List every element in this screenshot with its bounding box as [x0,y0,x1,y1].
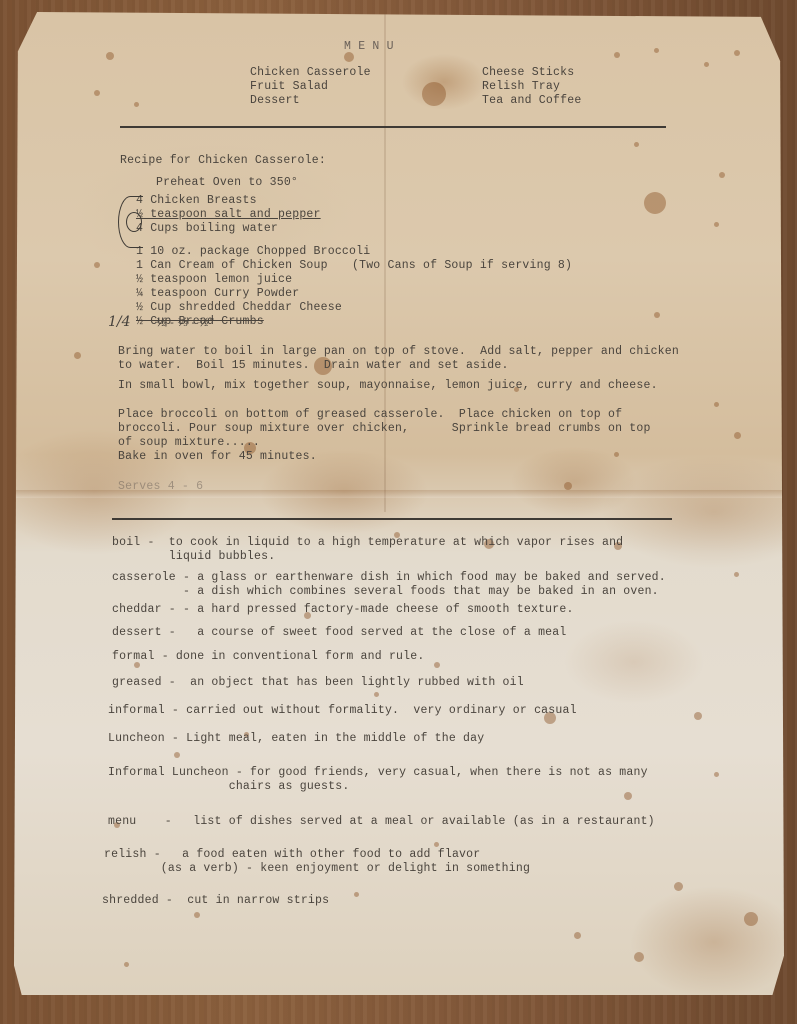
recipe-serves: Serves 4 - 6 [118,480,203,494]
stain-spot [714,772,719,777]
ingredient-item: ¼ teaspoon Curry Powder [136,287,299,301]
menu-right-item: Tea and Coffee [482,94,581,108]
stain-spot [734,432,741,439]
menu-left-item: Chicken Casserole [250,66,371,80]
stain-spot [734,50,740,56]
stain-spot [734,572,739,577]
stain-spot [714,402,719,407]
glossary-entry: casserole - a glass or earthenware dish … [112,571,666,599]
glossary-entry: informal - carried out without formality… [108,704,577,718]
stain-spot [694,712,702,720]
menu-right-item: Relish Tray [482,80,560,94]
stain-spot [719,172,725,178]
stain-spot [564,482,572,490]
glossary-entry: formal - done in conventional form and r… [112,650,424,664]
stain-spot [434,662,440,668]
stain-spot [94,262,100,268]
glossary-divider [112,518,672,520]
ingredient-item: 1 10 oz. package Chopped Broccoli [136,245,370,259]
handwritten-bracket [118,196,143,248]
ingredient-item: 4 Chicken Breasts [136,194,257,208]
recipe-step: Place broccoli on bottom of greased cass… [118,408,651,464]
menu-right-item: Cheese Sticks [482,66,574,80]
menu-divider [120,126,666,128]
stain-spot [714,222,719,227]
ingredient-item: ½ Cup shredded Cheddar Cheese [136,301,342,315]
glossary-entry: Informal Luncheon - for good friends, ve… [108,766,648,794]
glossary-entry: dessert - a course of sweet food served … [112,626,566,640]
stain-spot [74,352,81,359]
stain-spot [654,312,660,318]
stain-spot [654,48,659,53]
stain-spot [644,192,666,214]
ingredient-item: ½ teaspoon lemon juice [136,273,292,287]
stain-spot [194,912,200,918]
glossary-entry: Luncheon - Light meal, eaten in the midd… [108,732,484,746]
glossary-entry: greased - an object that has been lightl… [112,676,524,690]
stain-spot [94,90,100,96]
stain-spot [614,52,620,58]
glossary-entry: relish - a food eaten with other food to… [104,848,530,876]
glossary-entry: shredded - cut in narrow strips [102,894,329,908]
menu-heading: M E N U [344,40,394,54]
stain-spot [634,952,644,962]
menu-left-item: Fruit Salad [250,80,328,94]
recipe-title: Recipe for Chicken Casserole: [120,154,326,168]
ingredient-item: ½ teaspoon salt and pepper [136,208,321,222]
stain-spot [354,892,359,897]
ingredient-item: 4 Cups boiling water [136,222,278,236]
stain-spot [174,752,180,758]
stain-spot [634,142,639,147]
stain-spot [434,842,439,847]
menu-left-item: Dessert [250,94,300,108]
stain-spot [704,62,709,67]
glossary-entry: cheddar - - a hard pressed factory-made … [112,603,574,617]
recipe-preheat: Preheat Oven to 350° [156,176,298,190]
stain-spot [374,692,379,697]
stain-spot [134,102,139,107]
recipe-sheet: M E N U Chicken Casserole Fruit Salad De… [14,12,784,995]
glossary-entry: menu - list of dishes served at a meal o… [108,815,655,829]
recipe-step: In small bowl, mix together soup, mayonn… [118,379,658,393]
stain-spot [744,912,758,926]
stain-spot [574,932,581,939]
glossary-entry: boil - to cook in liquid to a high tempe… [112,536,623,564]
soup-note: (Two Cans of Soup if serving 8) [352,259,572,273]
stain-spot [422,82,446,106]
handwritten-margin-note: 1/4 [108,314,131,330]
stain-spot [124,962,129,967]
stain-spot [674,882,683,891]
handwritten-note: ½ - ⅓ - ½" [156,316,214,329]
ingredient-item: 1 Can Cream of Chicken Soup [136,259,328,273]
recipe-step: Bring water to boil in large pan on top … [118,345,679,373]
stain-spot [106,52,114,60]
